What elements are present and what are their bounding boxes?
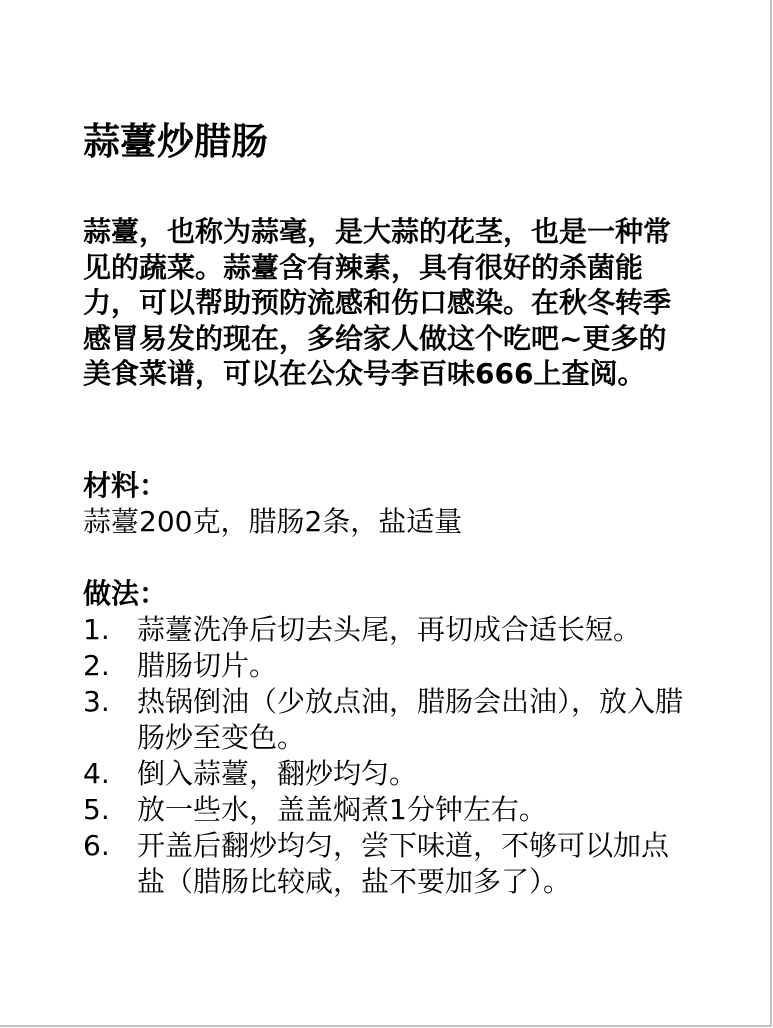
step-text: 开盖后翻炒均匀，尝下味道，不够可以加点盐（腊肠比较咸，盐不要加多了）。	[137, 828, 693, 900]
step-text: 倒入蒜薹，翻炒均匀。	[137, 756, 693, 792]
method-step: 4. 倒入蒜薹，翻炒均匀。	[83, 756, 693, 792]
step-text: 放一些水，盖盖焖煮1分钟左右。	[137, 792, 693, 828]
step-text: 热锅倒油（少放点油，腊肠会出油），放入腊肠炒至变色。	[137, 684, 693, 756]
materials-label: 材料：	[83, 468, 167, 504]
recipe-title: 蒜薹炒腊肠	[83, 118, 268, 166]
method-step: 2. 腊肠切片。	[83, 648, 693, 684]
method-step: 6. 开盖后翻炒均匀，尝下味道，不够可以加点盐（腊肠比较咸，盐不要加多了）。	[83, 828, 693, 900]
method-step: 3. 热锅倒油（少放点油，腊肠会出油），放入腊肠炒至变色。	[83, 684, 693, 756]
recipe-intro: 蒜薹，也称为蒜毫，是大蒜的花茎，也是一种常见的蔬菜。蒜薹含有辣素，具有很好的杀菌…	[83, 214, 693, 392]
materials-text: 蒜薹200克，腊肠2条，盐适量	[83, 504, 462, 540]
step-number: 2.	[83, 648, 133, 684]
step-number: 3.	[83, 684, 133, 720]
method-step: 5. 放一些水，盖盖焖煮1分钟左右。	[83, 792, 693, 828]
step-number: 4.	[83, 756, 133, 792]
document-page: 蒜薹炒腊肠 蒜薹，也称为蒜毫，是大蒜的花茎，也是一种常见的蔬菜。蒜薹含有辣素，具…	[0, 0, 772, 1027]
step-text: 腊肠切片。	[137, 648, 693, 684]
step-number: 1.	[83, 612, 133, 648]
step-number: 6.	[83, 828, 133, 864]
method-label: 做法：	[83, 576, 167, 612]
method-steps-list: 1. 蒜薹洗净后切去头尾，再切成合适长短。 2. 腊肠切片。 3. 热锅倒油（少…	[83, 612, 693, 900]
step-text: 蒜薹洗净后切去头尾，再切成合适长短。	[137, 612, 693, 648]
method-step: 1. 蒜薹洗净后切去头尾，再切成合适长短。	[83, 612, 693, 648]
step-number: 5.	[83, 792, 133, 828]
